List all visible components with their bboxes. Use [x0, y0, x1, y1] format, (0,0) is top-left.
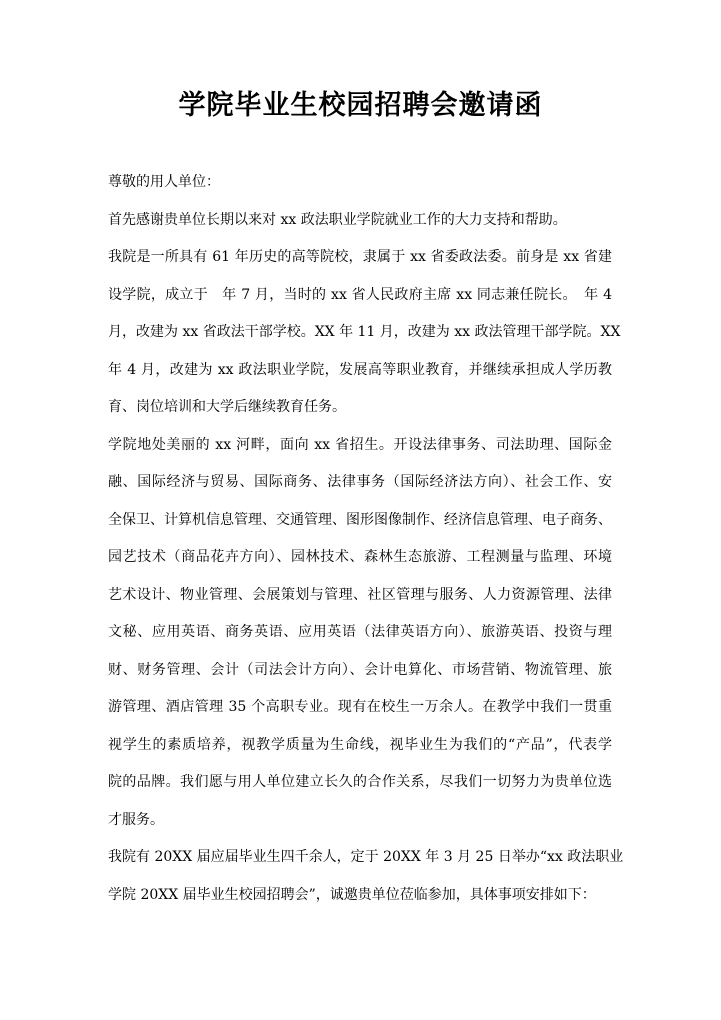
paragraph-majors-line: 融、国际经济与贸易、国际商务、法律事务（国际经济法方向）、社会工作、安	[108, 472, 612, 492]
paragraph-majors-line: 院的品牌。我们愿与用人单位建立长久的合作关系，尽我们一切努力为贵单位选	[108, 772, 612, 792]
paragraph-majors-line: 财、财务管理、会计（司法会计方向）、会计电算化、市场营销、物流管理、旅	[108, 660, 612, 680]
paragraph-history-line: 我院是一所具有 61 年历史的高等院校，隶属于 xx 省委政法委。前身是 xx …	[108, 247, 612, 267]
salutation: 尊敬的用人单位：	[108, 172, 612, 192]
paragraph-majors-line: 学院地处美丽的 xx 河畔，面向 xx 省招生。开设法律事务、司法助理、国际金	[108, 435, 612, 455]
paragraph-history-line: 月，改建为 xx 省政法干部学校。XX 年 11 月，改建为 xx 政法管理干部…	[108, 322, 612, 342]
paragraph-majors-line: 才服务。	[108, 810, 612, 830]
document-page: 学院毕业生校园招聘会邀请函 尊敬的用人单位： 首先感谢贵单位长期以来对 xx 政…	[0, 0, 721, 1020]
paragraph-invitation-line: 我院有 20XX 届应届毕业生四千余人，定于 20XX 年 3 月 25 日举办…	[108, 847, 612, 867]
paragraph-majors-line: 园艺技术（商品花卉方向）、园林技术、森林生态旅游、工程测量与监理、环境	[108, 547, 612, 567]
paragraph-majors-line: 艺术设计、物业管理、会展策划与管理、社区管理与服务、人力资源管理、法律	[108, 585, 612, 605]
paragraph-majors-line: 全保卫、计算机信息管理、交通管理、图形图像制作、经济信息管理、电子商务、	[108, 510, 612, 530]
paragraph-thanks: 首先感谢贵单位长期以来对 xx 政法职业学院就业工作的大力支持和帮助。	[108, 210, 612, 230]
paragraph-majors-line: 视学生的素质培养，视教学质量为生命线，视毕业生为我们的“产品”，代表学	[108, 735, 612, 755]
paragraph-majors-line: 游管理、酒店管理 35 个高职专业。现有在校生一万余人。在教学中我们一贯重	[108, 697, 612, 717]
paragraph-invitation-line: 学院 20XX 届毕业生校园招聘会”，诚邀贵单位莅临参加，具体事项安排如下：	[108, 885, 612, 905]
paragraph-majors-line: 文秘、应用英语、商务英语、应用英语（法律英语方向）、旅游英语、投资与理	[108, 622, 612, 642]
paragraph-history-line: 育、岗位培训和大学后继续教育任务。	[108, 397, 612, 417]
document-title: 学院毕业生校园招聘会邀请函	[0, 86, 721, 126]
paragraph-history-line: 年 4 月，改建为 xx 政法职业学院，发展高等职业教育，并继续承担成人学历教	[108, 360, 612, 380]
paragraph-history-line: 设学院，成立于 年 7 月，当时的 xx 省人民政府主席 xx 同志兼任院长。 …	[108, 285, 612, 305]
